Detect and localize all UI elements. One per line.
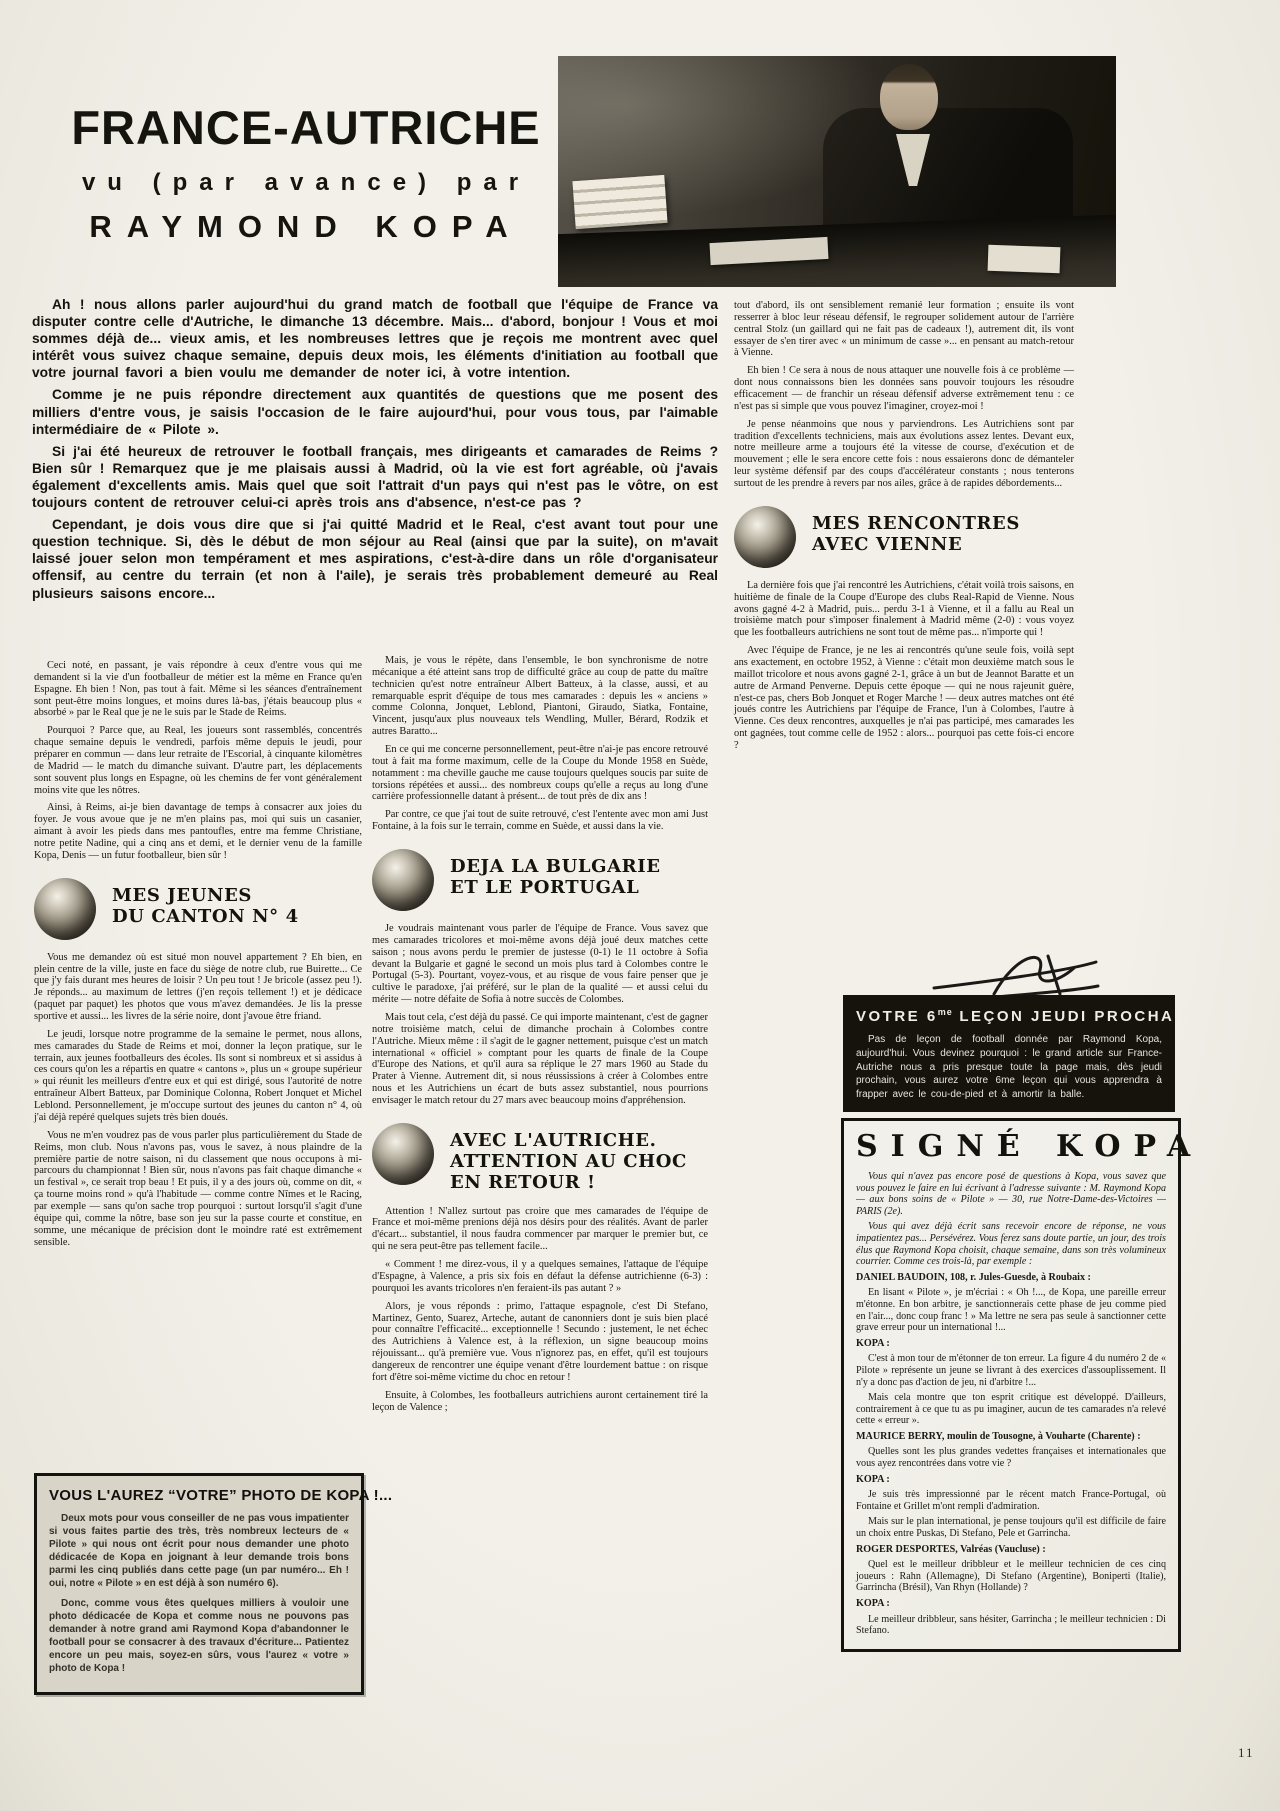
section-title-line: EN RETOUR !: [450, 1172, 687, 1193]
stacked-books: [572, 175, 667, 229]
page-author: RAYMOND KOPA: [56, 209, 556, 245]
lesson-box-title: VOTRE 6me LEÇON JEUDI PROCHAIN: [856, 1007, 1162, 1025]
signed-intro-paragraph: Vous qui n'avez pas encore posé de quest…: [856, 1171, 1166, 1217]
body-paragraph: Mais tout cela, c'est déjà du passé. Ce …: [372, 1012, 708, 1107]
column-middle: Mais, je vous le répète, dans l'ensemble…: [372, 655, 708, 1419]
section-title-line: ET LE PORTUGAL: [450, 877, 661, 898]
column-right: tout d'abord, ils ont sensiblement reman…: [734, 300, 1074, 758]
section-header-bulgarie: DEJA LA BULGARIE ET LE PORTUGAL: [372, 849, 708, 911]
page-number: 11: [1238, 1745, 1255, 1761]
kopa-label: KOPA :: [856, 1338, 1166, 1350]
signed-kopa-title: SIGNÉ KOPA: [856, 1129, 1166, 1164]
body-paragraph: Je pense néanmoins que nous y parviendro…: [734, 419, 1074, 490]
small-box-on-desk: [988, 245, 1061, 273]
page-title: FRANCE-AUTRICHE: [56, 100, 556, 155]
intro-paragraph: Si j'ai été heureux de retrouver le foot…: [32, 443, 718, 511]
masthead: FRANCE-AUTRICHE vu (par avance) par RAYM…: [56, 100, 556, 245]
column-left: Ceci noté, en passant, je vais répondre …: [34, 660, 362, 1254]
lesson-title-text: LEÇON JEUDI PROCHAIN: [953, 1008, 1195, 1025]
body-paragraph: Alors, je vous réponds : primo, l'attaqu…: [372, 1301, 708, 1384]
intro-paragraph: Cependant, je dois vous dire que si j'ai…: [32, 516, 718, 601]
body-paragraph: Mais, je vous le répète, dans l'ensemble…: [372, 655, 708, 738]
promo-paragraph: Donc, comme vous êtes quelques milliers …: [49, 1597, 349, 1675]
body-paragraph: Pourquoi ? Parce que, au Real, les joueu…: [34, 725, 362, 796]
globe-icon: [34, 878, 96, 940]
section-title: MES RENCONTRES AVEC VIENNE: [812, 506, 1020, 555]
intro-section: Ah ! nous allons parler aujourd'hui du g…: [32, 296, 718, 607]
section-title-line: AVEC L'AUTRICHE.: [450, 1130, 687, 1151]
kopa-head: [880, 64, 938, 130]
section-title-line: ATTENTION AU CHOC: [450, 1151, 687, 1172]
body-paragraph: Ensuite, à Colombes, les footballeurs au…: [372, 1390, 708, 1414]
body-paragraph: Le jeudi, lorsque notre programme de la …: [34, 1029, 362, 1124]
body-paragraph: Attention ! N'allez surtout pas croire q…: [372, 1206, 708, 1253]
section-header-vienne: MES RENCONTRES AVEC VIENNE: [734, 506, 1074, 568]
body-paragraph: Je voudrais maintenant vous parler de l'…: [372, 923, 708, 1006]
kopa-answer: C'est à mon tour de m'étonner de ton err…: [856, 1353, 1166, 1388]
magazine-page: FRANCE-AUTRICHE vu (par avance) par RAYM…: [0, 0, 1280, 1811]
reader-question: Quelles sont les plus grandes vedettes f…: [856, 1446, 1166, 1469]
section-title-line: MES RENCONTRES: [812, 513, 1020, 534]
photo-promo-box: VOUS L'AUREZ “VOTRE” PHOTO DE KOPA !... …: [34, 1473, 364, 1695]
kopa-desk-photo: [558, 56, 1116, 287]
body-paragraph: Ceci noté, en passant, je vais répondre …: [34, 660, 362, 719]
signed-kopa-box: SIGNÉ KOPA Vous qui n'avez pas encore po…: [841, 1118, 1181, 1652]
section-header-mes-jeunes: MES JEUNES DU CANTON N° 4: [34, 878, 362, 940]
globe-icon: [372, 849, 434, 911]
reader-name: DANIEL BAUDOIN, 108, r. Jules-Guesde, à …: [856, 1272, 1166, 1284]
section-title: AVEC L'AUTRICHE. ATTENTION AU CHOC EN RE…: [450, 1123, 687, 1194]
intro-paragraph: Ah ! nous allons parler aujourd'hui du g…: [32, 296, 718, 381]
reader-name: MAURICE BERRY, moulin de Tousogne, à Vou…: [856, 1431, 1166, 1443]
kopa-label: KOPA :: [856, 1598, 1166, 1610]
signed-intro-paragraph: Vous qui avez déjà écrit sans recevoir e…: [856, 1221, 1166, 1267]
promo-paragraph: Deux mots pour vous conseiller de ne pas…: [49, 1512, 349, 1590]
globe-icon: [734, 506, 796, 568]
body-paragraph: « Comment ! me direz-vous, il y a quelqu…: [372, 1259, 708, 1295]
section-title: DEJA LA BULGARIE ET LE PORTUGAL: [450, 849, 661, 898]
section-header-autriche: AVEC L'AUTRICHE. ATTENTION AU CHOC EN RE…: [372, 1123, 708, 1194]
kopa-answer: Mais cela montre que ton esprit critique…: [856, 1392, 1166, 1427]
kopa-label: KOPA :: [856, 1474, 1166, 1486]
body-paragraph: Avec l'équipe de France, je ne les ai re…: [734, 645, 1074, 752]
lesson-title-text: VOTRE 6: [856, 1008, 938, 1025]
lesson-title-sup: me: [938, 1007, 953, 1017]
section-title: MES JEUNES DU CANTON N° 4: [112, 878, 299, 927]
section-title-line: AVEC VIENNE: [812, 534, 1020, 555]
reader-question: En lisant « Pilote », je m'écriai : « Oh…: [856, 1287, 1166, 1333]
body-paragraph: La dernière fois que j'ai rencontré les …: [734, 580, 1074, 639]
body-paragraph: En ce qui me concerne personnellement, p…: [372, 744, 708, 803]
promo-box-title: VOUS L'AUREZ “VOTRE” PHOTO DE KOPA !...: [49, 1487, 349, 1504]
section-title-line: DU CANTON N° 4: [112, 906, 299, 927]
body-paragraph: Par contre, ce que j'ai tout de suite re…: [372, 809, 708, 833]
body-paragraph: Vous me demandez où est situé mon nouvel…: [34, 952, 362, 1023]
reader-name: ROGER DESPORTES, Valréas (Vaucluse) :: [856, 1544, 1166, 1556]
body-paragraph: Vous ne m'en voudrez pas de vous parler …: [34, 1130, 362, 1249]
page-subtitle: vu (par avance) par: [56, 169, 556, 197]
section-title-line: MES JEUNES: [112, 885, 299, 906]
reader-question: Quel est le meilleur dribbleur et le mei…: [856, 1559, 1166, 1594]
kopa-answer: Mais sur le plan international, je pense…: [856, 1516, 1166, 1539]
globe-icon: [372, 1123, 434, 1185]
body-paragraph: Ainsi, à Reims, ai-je bien davantage de …: [34, 802, 362, 861]
kopa-answer: Le meilleur dribbleur, sans hésiter, Gar…: [856, 1614, 1166, 1637]
body-paragraph: tout d'abord, ils ont sensiblement reman…: [734, 300, 1074, 359]
lesson-box-body: Pas de leçon de football donnée par Raym…: [856, 1033, 1162, 1102]
body-paragraph: Eh bien ! Ce sera à nous de nous attaque…: [734, 365, 1074, 412]
kopa-answer: Je suis très impressionné par le récent …: [856, 1489, 1166, 1512]
section-title-line: DEJA LA BULGARIE: [450, 856, 661, 877]
lesson-box: VOTRE 6me LEÇON JEUDI PROCHAIN Pas de le…: [843, 995, 1175, 1112]
intro-paragraph: Comme je ne puis répondre directement au…: [32, 386, 718, 437]
